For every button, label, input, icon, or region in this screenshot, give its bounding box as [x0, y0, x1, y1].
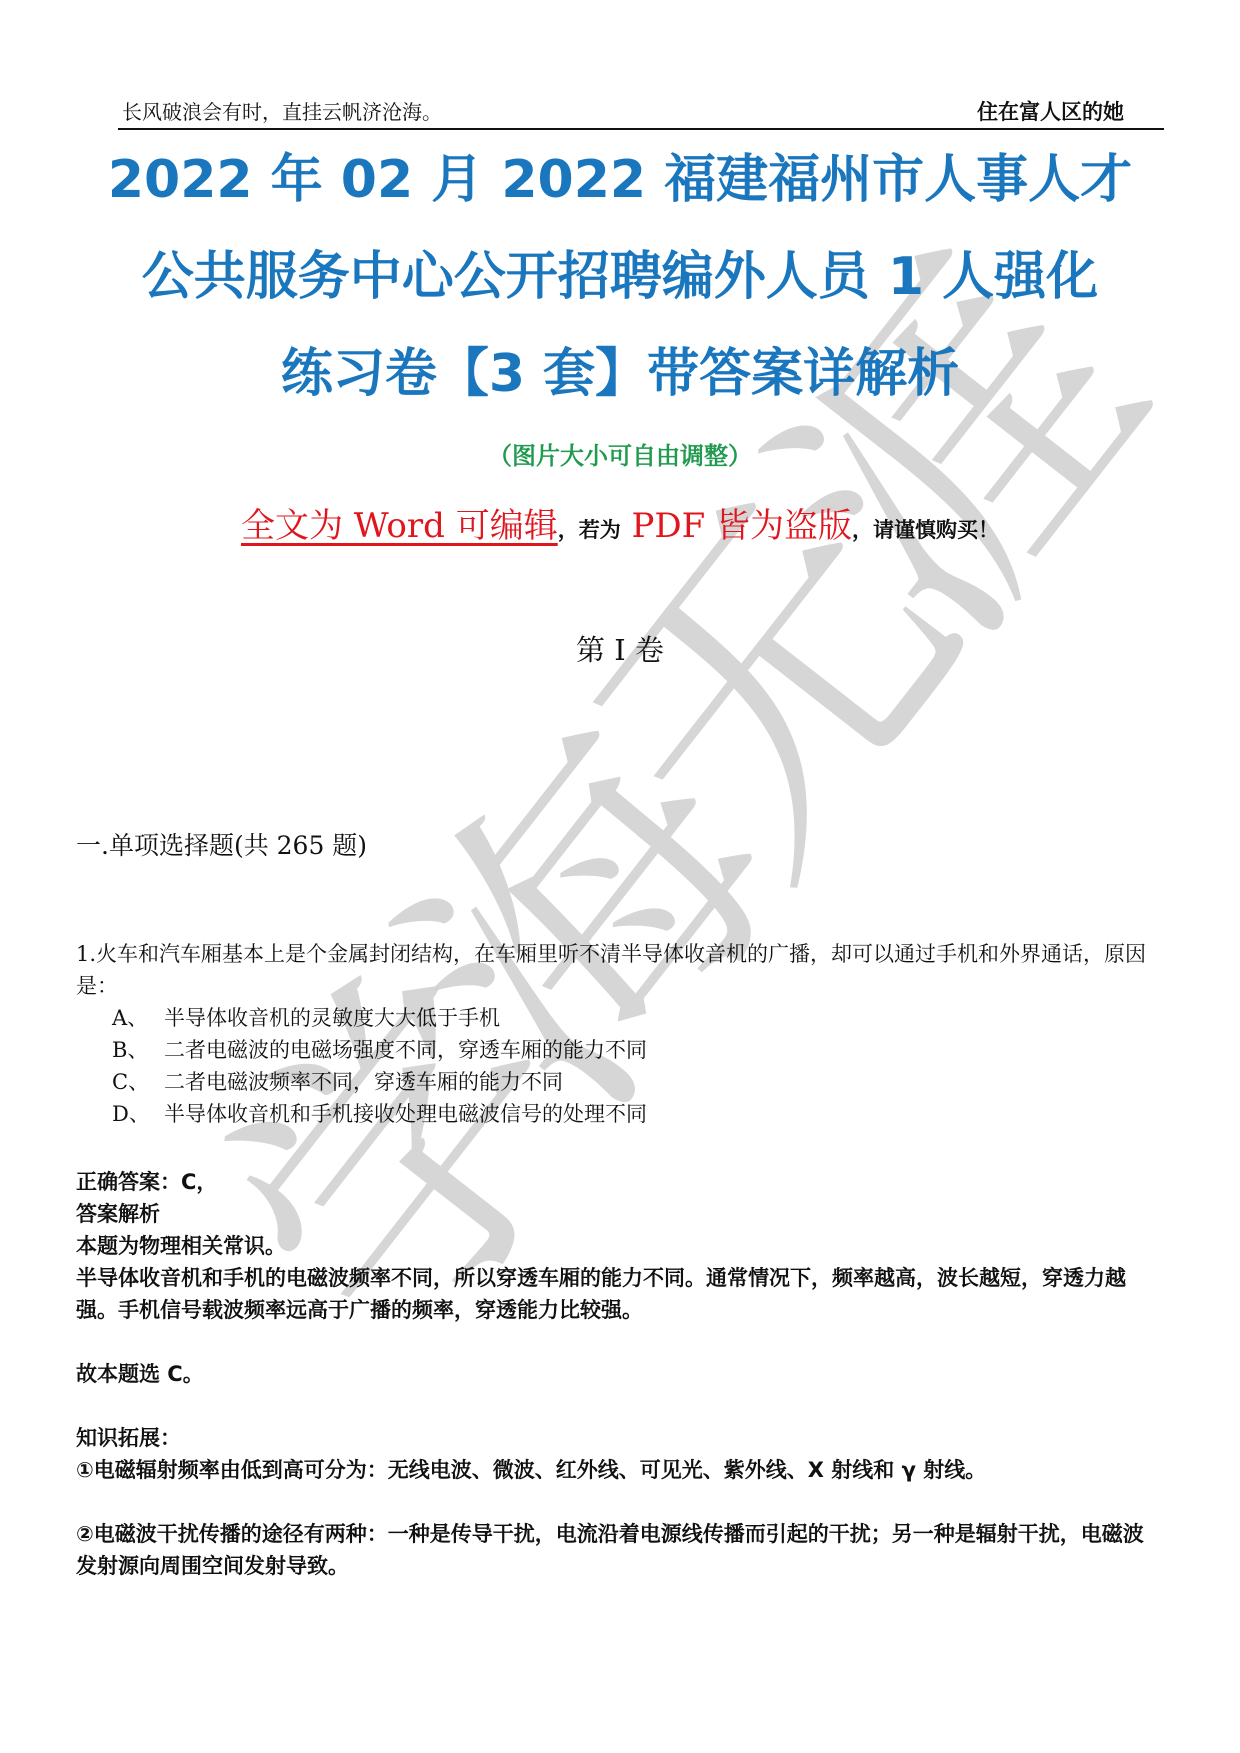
notice-separator-2: ，请谨慎购买！	[852, 518, 999, 542]
option-d: D、半导体收音机和手机接收处理电磁波信号的处理不同	[76, 1098, 1156, 1130]
word-editable-notice: 全文为 Word 可编辑	[241, 506, 558, 546]
document-page: 学 海 无 涯 长风破浪会有时，直挂云帆济沧海。 住在富人区的她 2022 年 …	[0, 0, 1240, 1753]
question-1: 1.火车和汽车厢基本上是个金属封闭结构，在车厢里听不清半导体收音机的广播，却可以…	[76, 938, 1156, 1130]
title-line-2: 公共服务中心公开招聘编外人员 1 人强化	[60, 229, 1180, 326]
option-b: B、二者电磁波的电磁场强度不同，穿透车厢的能力不同	[76, 1034, 1156, 1066]
header-author: 住在富人区的她	[977, 96, 1124, 126]
extension-point-1: ①电磁辐射频率由低到高可分为：无线电波、微波、红外线、可见光、紫外线、X 射线和…	[76, 1454, 1161, 1486]
option-list: A、半导体收音机的灵敏度大大低于手机 B、二者电磁波的电磁场强度不同，穿透车厢的…	[76, 1002, 1156, 1130]
option-text: 半导体收音机和手机接收处理电磁波信号的处理不同	[164, 1102, 647, 1126]
notice-separator-1: ，若为	[558, 518, 621, 542]
analysis-body: 半导体收音机和手机的电磁波频率不同，所以穿透车厢的能力不同。通常情况下，频率越高…	[76, 1262, 1161, 1326]
spacer	[76, 1486, 1161, 1518]
option-text: 二者电磁波频率不同，穿透车厢的能力不同	[164, 1070, 563, 1094]
option-a: A、半导体收音机的灵敏度大大低于手机	[76, 1002, 1156, 1034]
extension-label: 知识拓展：	[76, 1422, 1161, 1454]
option-key: C、	[112, 1066, 164, 1098]
title-line-1: 2022 年 02 月 2022 福建福州市人事人才	[60, 132, 1180, 229]
pdf-piracy-notice: PDF 皆为盗版	[621, 506, 852, 546]
option-key: D、	[112, 1098, 164, 1130]
analysis-intro: 本题为物理相关常识。	[76, 1230, 1161, 1262]
option-text: 半导体收音机的灵敏度大大低于手机	[164, 1006, 500, 1030]
answer-section: 正确答案：C， 答案解析 本题为物理相关常识。 半导体收音机和手机的电磁波频率不…	[76, 1166, 1161, 1582]
answer-conclusion: 故本题选 C。	[76, 1358, 1161, 1390]
section-heading: 一.单项选择题(共 265 题)	[76, 826, 367, 862]
correct-answer: 正确答案：C，	[76, 1166, 1161, 1198]
document-title: 2022 年 02 月 2022 福建福州市人事人才 公共服务中心公开招聘编外人…	[60, 132, 1180, 423]
image-resize-note: （图片大小可自由调整）	[0, 436, 1240, 471]
analysis-label: 答案解析	[76, 1198, 1161, 1230]
option-text: 二者电磁波的电磁场强度不同，穿透车厢的能力不同	[164, 1038, 647, 1062]
page-header: 长风破浪会有时，直挂云帆济沧海。 住在富人区的她	[118, 96, 1164, 130]
option-key: B、	[112, 1034, 164, 1066]
option-c: C、二者电磁波频率不同，穿透车厢的能力不同	[76, 1066, 1156, 1098]
extension-point-2: ②电磁波干扰传播的途径有两种：一种是传导干扰，电流沿着电源线传播而引起的干扰；另…	[76, 1518, 1161, 1582]
title-line-3: 练习卷【3 套】带答案详解析	[60, 326, 1180, 423]
copyright-notice: 全文为 Word 可编辑，若为 PDF 皆为盗版，请谨慎购买！	[0, 498, 1240, 547]
question-stem: 1.火车和汽车厢基本上是个金属封闭结构，在车厢里听不清半导体收音机的广播，却可以…	[76, 938, 1156, 1002]
option-key: A、	[112, 1002, 164, 1034]
header-motto: 长风破浪会有时，直挂云帆济沧海。	[122, 96, 442, 125]
volume-label: 第 I 卷	[0, 628, 1240, 669]
spacer	[76, 1390, 1161, 1422]
spacer	[76, 1326, 1161, 1358]
